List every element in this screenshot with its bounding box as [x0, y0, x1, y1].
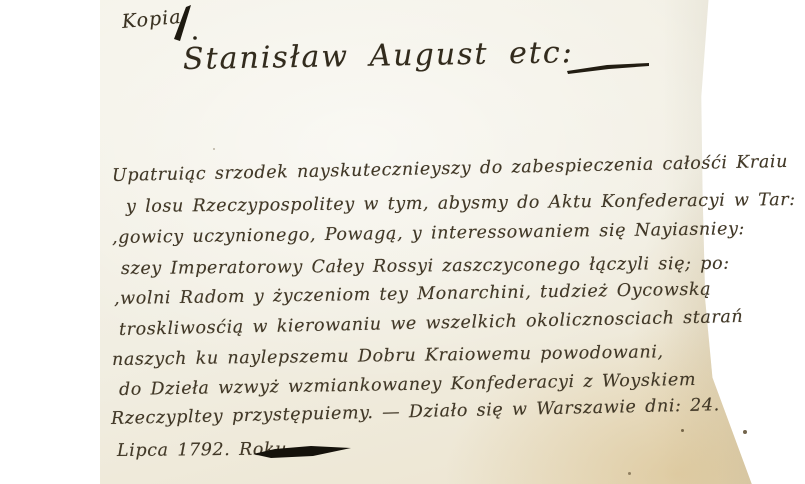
copy-slash-mark — [172, 5, 198, 43]
scanned-document-image: Kopia Stanisław August etc: Upatruiąc sr… — [0, 0, 805, 484]
document-heading: Stanisław August etc: — [183, 35, 574, 77]
ink-speck — [681, 429, 684, 432]
heading-dash-flourish — [567, 62, 651, 74]
ink-speck — [213, 148, 215, 150]
closing-dash-flourish — [253, 445, 355, 461]
ink-speck — [743, 430, 747, 434]
ink-speck — [628, 472, 631, 475]
